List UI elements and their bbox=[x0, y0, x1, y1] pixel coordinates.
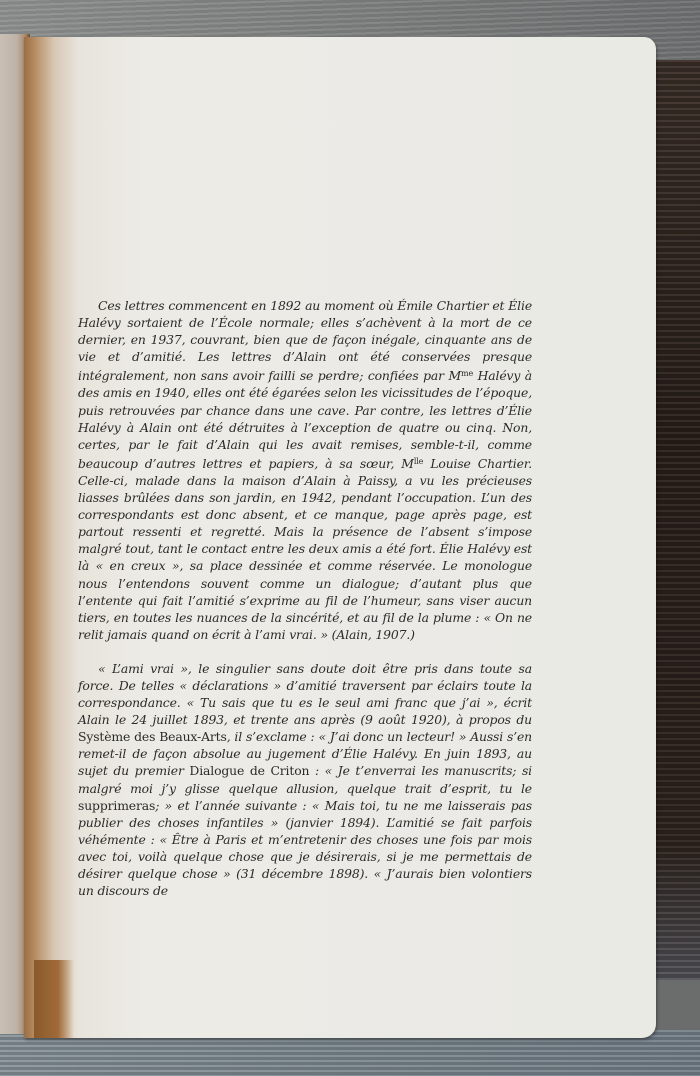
superscript-abbreviation: lle bbox=[414, 457, 423, 466]
text-segment: Louise Chartier. Celle-ci, malade dans l… bbox=[78, 456, 532, 642]
work-title: Système des Beaux-Arts bbox=[78, 729, 227, 744]
text-segment: « L’ami vrai », le singulier sans doute … bbox=[78, 661, 532, 727]
page-text: Ces lettres commencent en 1892 au moment… bbox=[78, 297, 532, 899]
paragraph-2: « L’ami vrai », le singulier sans doute … bbox=[78, 660, 532, 899]
emphasized-word: supprimeras bbox=[78, 798, 155, 813]
spine-stain bbox=[34, 960, 74, 1038]
superscript-abbreviation: me bbox=[461, 369, 473, 378]
paragraph-1: Ces lettres commencent en 1892 au moment… bbox=[78, 297, 532, 643]
work-title: Dialogue de Criton bbox=[189, 763, 309, 778]
